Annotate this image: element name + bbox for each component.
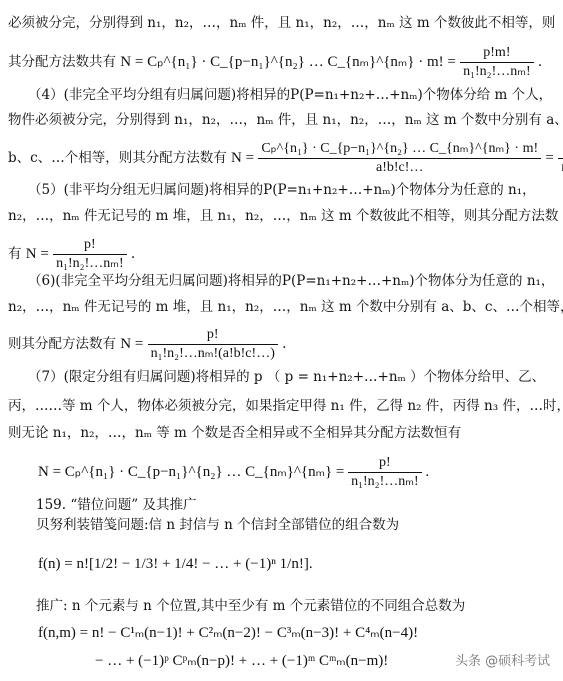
p4-formula-den2: n₁!n₂!…nₘ!(a!b!c!…)	[558, 159, 563, 177]
p4-line1: （4）(非完全平均分组有归属问题)将相异的P(P=n₁+n₂+…+nₘ)个物体分…	[28, 86, 552, 104]
p4-line2: 物件必须被分完，分别得到 n₁，n₂，…，nₘ 件，且 n₁，n₂，…，nₘ 这…	[8, 111, 563, 129]
p5-line3-prefix: 有	[8, 246, 22, 262]
p7-formula-den: n₁!n₂!…nₘ!	[348, 473, 421, 491]
p3-formula-den: n₁!n₂!…nₘ!	[460, 63, 533, 81]
p5-line3: 有 N = p! n₁!n₂!…nₘ! .	[8, 236, 135, 273]
p7-line3: 则无论 n₁，n₂，…，nₘ 等 m 个数是否全相异或不全相异其分配方法数恒有	[8, 424, 461, 442]
p6-formula-num: p!	[148, 326, 278, 345]
p4-line3-prefix: b、c、…个相等，则其分配方法数有	[8, 150, 227, 166]
section-159-title: 159. “错位问题” 及其推广	[36, 496, 196, 514]
p5-formula-fraction: p! n₁!n₂!…nₘ!	[53, 236, 126, 273]
watermark: 头条 @硕科考试	[455, 650, 550, 669]
p6-line3: 则其分配方法数有 N = p! n₁!n₂!…nₘ!(a!b!c!…) .	[8, 326, 286, 363]
section-159-line1: 贝努利装错笺问题:信 n 封信与 n 个信封全部错位的组合数为	[36, 516, 399, 534]
generalization-line: 推广: n 个元素与 n 个位置,其中至少有 m 个元素错位的不同组合总数为	[36, 597, 465, 615]
p3-formula-num: p!m!	[460, 44, 533, 63]
p4-line3: b、c、…个相等，则其分配方法数有 N = Cₚ^{n₁} · C_{p−n₁}…	[8, 140, 563, 177]
p5-formula-num: p!	[53, 236, 126, 255]
p4-formula-fraction1: Cₚ^{n₁} · C_{p−n₁}^{n₂} … C_{nₘ}^{nₘ} · …	[258, 140, 541, 177]
p4-formula-fraction2: p!m! n₁!n₂!…nₘ!(a!b!c!…)	[558, 140, 563, 177]
p5-line2: n₂，…，nₘ 件无记号的 m 堆，且 n₁，n₂，…，nₘ 这 m 个数彼此不…	[8, 207, 558, 225]
p6-line3-prefix: 则其分配方法数有	[8, 336, 116, 352]
p6-line2: n₂，…，nₘ 件无记号的 m 堆，且 n₁，n₂，…，nₘ 这 m 个数中分别…	[8, 298, 563, 316]
p4-formula-den1: a!b!c!…	[258, 159, 541, 177]
p7-line1: （7）(限定分组有归属问题)将相异的 p （ p = n₁+n₂+…+nₘ ）个…	[28, 368, 545, 386]
p4-formula-num1: Cₚ^{n₁} · C_{p−n₁}^{n₂} … C_{nₘ}^{nₘ} · …	[258, 140, 541, 159]
p7-formula-num: p!	[348, 454, 421, 473]
p7-formula: N = Cₚ^{n₁} · C_{p−n₁}^{n₂} … C_{nₘ}^{nₘ…	[38, 454, 429, 491]
p3-line2: 其分配方法数共有 N = Cₚ^{n₁} · C_{p−n₁}^{n₂} … C…	[8, 44, 542, 81]
p6-formula-fraction: p! n₁!n₂!…nₘ!(a!b!c!…)	[148, 326, 278, 363]
p7-formula-fraction: p! n₁!n₂!…nₘ!	[348, 454, 421, 491]
p3-line2-prefix: 其分配方法数共有	[8, 54, 116, 70]
p6-line1: （6)(非完全平均分组无归属问题)将相异的P(P=n₁+n₂+…+nₘ)个物体分…	[28, 272, 554, 290]
p7-formula-lhs: N = Cₚ^{n₁} · C_{p−n₁}^{n₂} … C_{nₘ}^{nₘ…	[38, 464, 344, 480]
generalized-formula-line2: − … + (−1)ᵖ Cᵖₘ(n−p)! + … + (−1)ᵐ Cᵐₘ(n−…	[95, 651, 388, 670]
p6-formula-den: n₁!n₂!…nₘ!(a!b!c!…)	[148, 345, 278, 363]
p3-formula-lhs: N = Cₚ^{n₁} · C_{p−n₁}^{n₂} … C_{nₘ}^{nₘ…	[120, 54, 456, 70]
p3-line1: 必须被分完，分别得到 n₁，n₂，…，nₘ 件，且 n₁，n₂，…，nₘ 这 m…	[8, 14, 555, 32]
p3-formula-fraction: p!m! n₁!n₂!…nₘ!	[460, 44, 533, 81]
p7-line2: 丙，……等 m 个人，物体必须被分完，如果指定甲得 n₁ 件，乙得 n₂ 件，丙…	[8, 397, 563, 415]
p4-formula-num2: p!m!	[558, 140, 563, 159]
generalized-formula-line1: f(n,m) = n! − C¹ₘ(n−1)! + C²ₘ(n−2)! − C³…	[38, 623, 418, 642]
p5-formula-den: n₁!n₂!…nₘ!	[53, 255, 126, 273]
derangement-formula: f(n) = n![1/2! − 1/3! + 1/4! − … + (−1)ⁿ…	[38, 556, 313, 573]
p5-line1: （5）(非平均分组无归属问题)将相异的P(P=n₁+n₂+…+nₘ)个物体分为任…	[28, 181, 536, 199]
